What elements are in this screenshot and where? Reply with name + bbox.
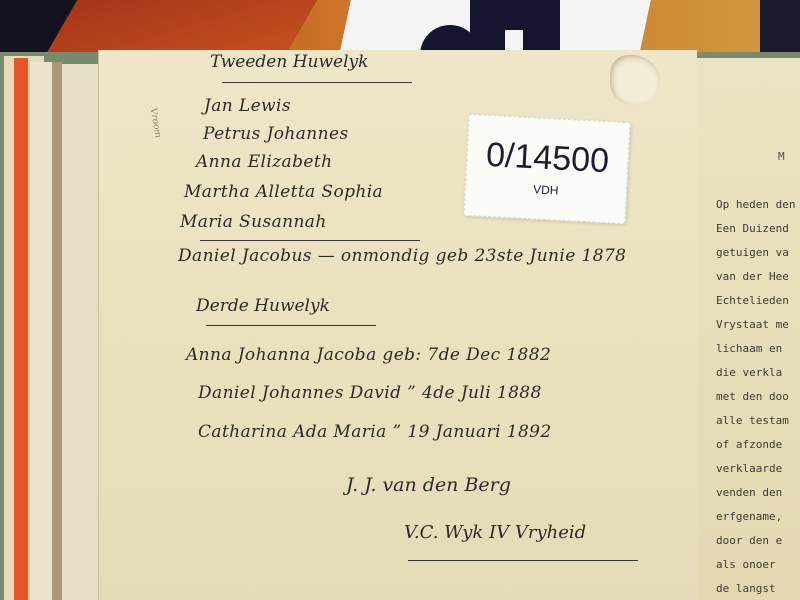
archive-code: VDH bbox=[466, 179, 627, 201]
torn-corner bbox=[610, 55, 660, 105]
typed-line: of afzonde bbox=[716, 438, 800, 451]
names-underline bbox=[200, 240, 420, 241]
heading-underline bbox=[206, 325, 376, 326]
typed-line: de langst bbox=[716, 582, 800, 595]
section-heading-derde-huwelyk: Derde Huwelyk bbox=[196, 296, 330, 316]
child-name: Anna Elizabeth bbox=[196, 152, 332, 172]
child-name: Maria Susannah bbox=[180, 212, 327, 232]
page-edges-shadow bbox=[52, 62, 62, 600]
signature-title: V.C. Wyk IV Vryheid bbox=[404, 522, 586, 543]
typed-line: Vrystaat me bbox=[716, 318, 800, 331]
typed-heading: M bbox=[778, 150, 785, 163]
section-heading-tweeden-huwelyk: Tweeden Huwelyk bbox=[210, 52, 368, 72]
dark-background-right bbox=[760, 0, 800, 60]
typed-line: door den e bbox=[716, 534, 800, 547]
signature-underline bbox=[408, 560, 638, 561]
child-name: Martha Alletta Sophia bbox=[184, 182, 383, 202]
birth-entry: Catharina Ada Maria ” 19 Januari 1892 bbox=[198, 422, 552, 442]
red-divider-sheet bbox=[14, 58, 28, 600]
typed-line: getuigen va bbox=[716, 246, 800, 259]
minor-child-line: Daniel Jacobus — onmondig geb 23ste Juni… bbox=[178, 246, 626, 266]
child-name: Petrus Johannes bbox=[203, 124, 349, 144]
typed-line: van der Hee bbox=[716, 270, 800, 283]
heading-underline bbox=[222, 82, 412, 83]
typed-line: alle testam bbox=[716, 414, 800, 427]
signature-name: J. J. van den Berg bbox=[346, 474, 511, 496]
typed-line: Een Duizend bbox=[716, 222, 800, 235]
typed-line: die verkla bbox=[716, 366, 800, 379]
typed-line: Echtelieden bbox=[716, 294, 800, 307]
child-name: Jan Lewis bbox=[204, 96, 291, 116]
typed-line: met den doo bbox=[716, 390, 800, 403]
page-edges bbox=[62, 64, 103, 600]
typed-line: als onoer bbox=[716, 558, 800, 571]
typed-line: Op heden den bbox=[716, 198, 800, 211]
typed-line: venden den bbox=[716, 486, 800, 499]
archive-number: 0/14500 bbox=[467, 135, 629, 182]
birth-entry: Daniel Johannes David ” 4de Juli 1888 bbox=[198, 383, 542, 403]
typed-line: verklaarde bbox=[716, 462, 800, 475]
archive-tag: 0/14500 VDH bbox=[463, 114, 630, 224]
typed-line: lichaam en bbox=[716, 342, 800, 355]
typed-line: erfgename, bbox=[716, 510, 800, 523]
birth-entry: Anna Johanna Jacoba geb: 7de Dec 1882 bbox=[186, 345, 551, 365]
